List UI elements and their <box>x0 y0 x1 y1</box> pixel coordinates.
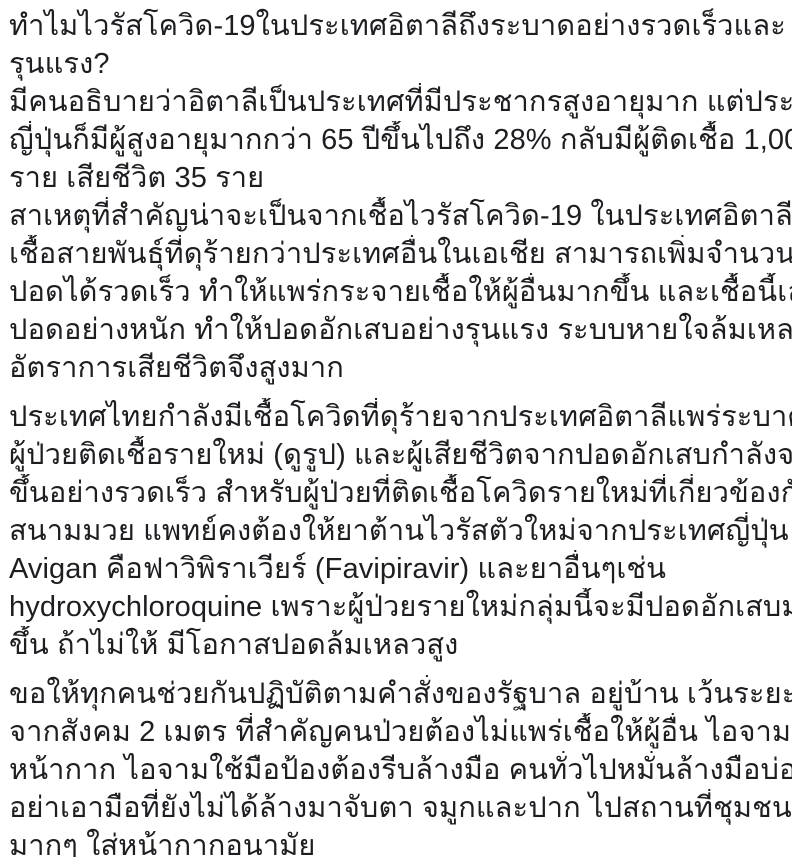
text-line: เชื้อสายพันธุ์ที่ดุร้ายกว่าประเทศอื่นในเ… <box>9 235 792 273</box>
text-line: สาเหตุที่สำคัญน่าจะเป็นจากเชื้อไวรัสโควิ… <box>9 197 792 235</box>
text-line: ญี่ปุ่นก็มีผู้สูงอายุมากกว่า 65 ปีขึ้นไป… <box>9 121 792 159</box>
text-line: สนามมวย แพทย์คงต้องให้ยาต้านไวรัสตัวใหม่… <box>9 512 792 550</box>
paragraph-public-advice: ขอให้ทุกคนช่วยกันปฏิบัติตามคำสั่งของรัฐบ… <box>9 675 792 857</box>
text-line: ขึ้นอย่างรวดเร็ว สำหรับผู้ป่วยที่ติดเชื้… <box>9 474 792 512</box>
post-text-body: ทำไมไวรัสโควิด-19ในประเทศอิตาลีถึงระบาดอ… <box>0 0 800 857</box>
text-line: รุนแรง? <box>9 45 792 83</box>
text-line: อย่าเอามือที่ยังไม่ได้ล้างมาจับตา จมูกแล… <box>9 789 792 827</box>
text-line: ราย เสียชีวิต 35 ราย <box>9 159 792 197</box>
text-line: ทำไมไวรัสโควิด-19ในประเทศอิตาลีถึงระบาดอ… <box>9 7 792 45</box>
text-line: มากๆ ใส่หน้ากากอนามัย <box>9 827 792 857</box>
text-line: อัตราการเสียชีวิตจึงสูงมาก <box>9 349 792 387</box>
text-line: ขอให้ทุกคนช่วยกันปฏิบัติตามคำสั่งของรัฐบ… <box>9 675 792 713</box>
text-line: มีคนอธิบายว่าอิตาลีเป็นประเทศที่มีประชาก… <box>9 83 792 121</box>
text-line: hydroxychloroquine เพราะผู้ป่วยรายใหม่กล… <box>9 588 792 626</box>
paragraph-thailand-situation: ประเทศไทยกำลังมีเชื้อโควิดที่ดุร้ายจากปร… <box>9 398 792 664</box>
text-line: หน้ากาก ไอจามใช้มือป้องต้องรีบล้างมือ คน… <box>9 751 792 789</box>
text-line: ประเทศไทยกำลังมีเชื้อโควิดที่ดุร้ายจากปร… <box>9 398 792 436</box>
paragraph-why-italy-outbreak: ทำไมไวรัสโควิด-19ในประเทศอิตาลีถึงระบาดอ… <box>9 7 792 387</box>
text-line: ขึ้น ถ้าไม่ให้ มีโอกาสปอดล้มเหลวสูง <box>9 626 792 664</box>
text-line: ปอดได้รวดเร็ว ทำให้แพร่กระจายเชื้อให้ผู้… <box>9 273 792 311</box>
text-line: จากสังคม 2 เมตร ที่สำคัญคนป่วยต้องไม่แพร… <box>9 713 792 751</box>
text-line: ปอดอย่างหนัก ทำให้ปอดอักเสบอย่างรุนแรง ร… <box>9 311 792 349</box>
text-line: ผู้ป่วยติดเชื้อรายใหม่ (ดูรูป) และผู้เสี… <box>9 436 792 474</box>
text-line: Avigan คือฟาวิพิราเวียร์ (Favipiravir) แ… <box>9 550 792 588</box>
